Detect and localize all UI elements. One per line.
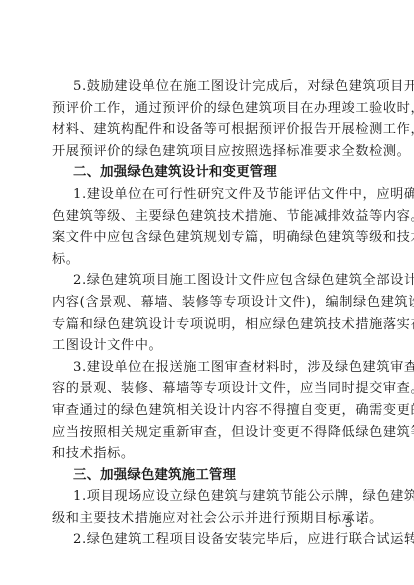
text-line: 5.鼓励建设单位在施工图设计完成后，对绿色建筑项目开展	[52, 76, 359, 98]
text-line: 2.绿色建筑项目施工图设计文件应包含绿色建筑全部设计	[52, 270, 359, 292]
page-number: - 3 -	[333, 516, 366, 530]
text-line: 色建筑等级、主要绿色建筑技术措施、节能减排效益等内容。方	[52, 206, 359, 228]
text-line: 1.建设单位在可行性研究文件及节能评估文件中，应明确绿	[52, 184, 359, 206]
document-page: 5.鼓励建设单位在施工图设计完成后，对绿色建筑项目开展 预评价工作，通过预评价的…	[0, 0, 414, 585]
text-line: 工图设计文件中。	[52, 335, 359, 357]
text-line: 审查通过的绿色建筑相关设计内容不得擅自变更，确需变更的，	[52, 400, 359, 422]
section-heading: 二、加强绿色建筑设计和变更管理	[52, 162, 359, 184]
text-line: 专篇和绿色建筑设计专项说明，相应绿色建筑技术措施落实在施	[52, 314, 359, 336]
text-line: 案文件中应包含绿色建筑规划专篇，明确绿色建筑等级和技术指	[52, 227, 359, 249]
text-line: 应当按照相关规定重新审查，但设计变更不得降低绿色建筑等级	[52, 422, 359, 444]
text-line: 开展预评价的绿色建筑项目应按照选择标准要求全数检测。	[52, 141, 359, 163]
text-line: 容的景观、装修、幕墙等专项设计文件，应当同时提交审查。经	[52, 378, 359, 400]
text-line: 级和主要技术措施应对社会公示并进行预期目标承诺。	[52, 508, 359, 530]
text-line: 预评价工作，通过预评价的绿色建筑项目在办理竣工验收时，其	[52, 98, 359, 120]
text-line: 3.建设单位在报送施工图审查材料时，涉及绿色建筑审查内	[52, 357, 359, 379]
text-line: 内容(含景观、幕墙、装修等专项设计文件)，编制绿色建筑设计	[52, 292, 359, 314]
section-heading: 三、加强绿色建筑施工管理	[52, 465, 359, 487]
text-line: 和技术指标。	[52, 443, 359, 465]
text-line: 材料、建筑构配件和设备等可根据预评价报告开展检测工作，未	[52, 119, 359, 141]
text-line: 标。	[52, 249, 359, 271]
text-line: 1.项目现场应设立绿色建筑与建筑节能公示牌，绿色建筑等	[52, 486, 359, 508]
document-body: 5.鼓励建设单位在施工图设计完成后，对绿色建筑项目开展 预评价工作，通过预评价的…	[52, 76, 359, 551]
text-line: 2.绿色建筑工程项目设备安装完毕后，应进行联合试运转和	[52, 529, 359, 551]
